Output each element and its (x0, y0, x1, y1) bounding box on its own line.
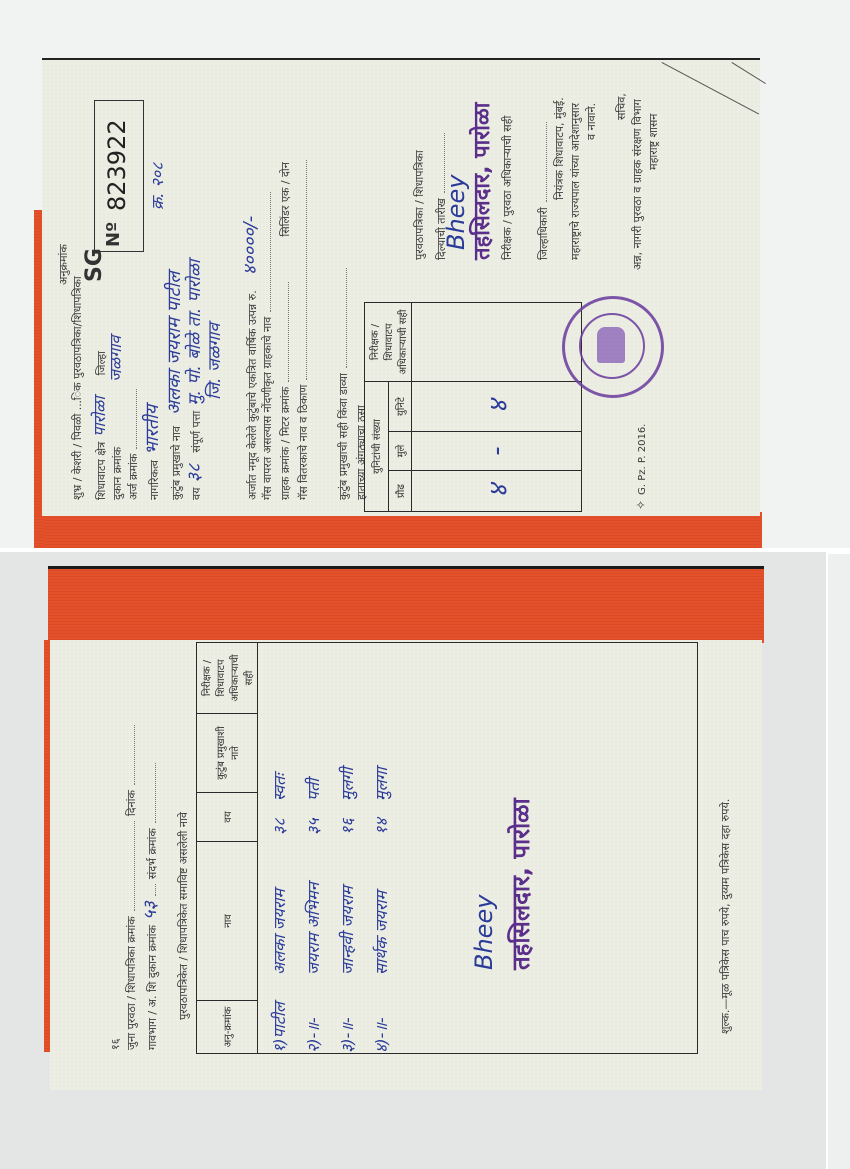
col-name-header: नाव (197, 842, 258, 1001)
gas-label: गॅस वापरत असल्यास नोंदणीकृत ग्राहकाचे ना… (261, 317, 274, 500)
row-age: ३५ (302, 801, 324, 835)
row-age: १४ (370, 801, 392, 835)
row-name: सार्थक जयराम (370, 835, 392, 975)
row-relation: पती (302, 779, 324, 801)
adults-header: प्रौढ (388, 471, 412, 512)
row-age: १६ (336, 801, 358, 835)
old-card-label: जुना पुरवठा / शिधापत्रिका क्रमांक (125, 916, 138, 1050)
collector-label: जिल्हाधिकारी (537, 207, 550, 260)
office-seal (562, 296, 664, 398)
name-text: व नावाने. (585, 103, 598, 140)
bottom-card-page: १६ जुना पुरवठा / शिधापत्रिका क्रमांक दिन… (50, 640, 762, 1090)
nationality-label: नागरिकत्व (148, 460, 161, 500)
row-relation: स्वतः (268, 774, 290, 801)
address-line2: जि. जळगाव (205, 323, 225, 400)
units-table: युनिटांची संख्या निरीक्षक / शिधावाटप अधि… (364, 302, 582, 512)
age-label: वय (190, 488, 203, 501)
adults-value: ४ (412, 471, 582, 512)
ward-value: ५३ (140, 901, 161, 920)
row-age: ३८ (268, 801, 290, 835)
gas-dealer-label: गॅस वितरकाचे नाव व ठिकाण (297, 385, 310, 500)
officer-sign-header: निरीक्षक / शिधावाटप अधिकाऱ्याची सही (365, 303, 412, 382)
table-row: ३)-॥- जान्हवी जयराम १६ मुलगी (330, 643, 364, 1053)
date-label: दिनांक (125, 790, 138, 816)
row-name: जान्हवी जयराम (336, 835, 358, 975)
bottom-officer-stamp: तहसिलदार, पारोळा (507, 798, 535, 970)
card-title: शुभ्र / केशरी / पिवळी ...िक पुरवठापत्रिक… (72, 80, 84, 500)
top-cover-edge (44, 512, 762, 548)
row-name: अलका जयराम (268, 835, 290, 975)
consumer-label: ग्राहक क्रमांक / मिटर क्रमांक (279, 387, 292, 500)
top-card-page: शुभ्र / केशरी / पिवळी ...िक पुरवठापत्रिक… (42, 58, 760, 516)
row-relation: मुलगी (336, 767, 358, 801)
row-relation: मुलगा (370, 767, 392, 801)
signature-label: कुटुंब प्रमुखाची सही किंवा डाव्या (337, 373, 350, 500)
ward-label: गावभाग / अ. शि दुकान क्रमांक (146, 925, 159, 1050)
district-value: जळगाव (106, 336, 125, 382)
govt-text: महाराष्ट्र शासन (647, 114, 660, 170)
shop-value: क्र. २०८ (148, 163, 167, 210)
bottom-officer-signature: Bheey (470, 895, 498, 970)
issue-label: पुरवठापत्रिका / शिधापत्रिका (414, 150, 426, 260)
card-number: 823922 (103, 119, 131, 211)
fee-text: शुल्क.—मूळ पत्रिकेस पाच रुपये, दुय्यम पत… (719, 799, 732, 1034)
children-value: - (412, 432, 582, 471)
reference-label: संदर्भ क्रमांक (146, 828, 159, 879)
bottom-cover-top (48, 566, 764, 643)
address-label: संपूर्ण पत्ता (190, 411, 203, 453)
age-value: ३८ (184, 464, 205, 483)
officer-label: निरीक्षक / पुरवठा अधिकाऱ्याची सही (501, 116, 514, 260)
members-title: पुरवठापत्रिकेत / शिधापत्रिकेत समाविष्ट अ… (177, 812, 190, 1020)
row-name: जयराम अभिमन (302, 835, 324, 975)
units-header: युनिटांची संख्या (365, 382, 389, 512)
row-serial: १)पाटील (268, 975, 290, 1053)
printer-mark-icon: ✧ (634, 500, 648, 510)
cylinder-label: सिलिंडर एक / दोन (279, 162, 292, 237)
col-serial-header: अनु-क्रमांक (197, 1001, 258, 1054)
table-row: १)पाटील अलका जयराम ३८ स्वतः (262, 643, 296, 1053)
units-value: ४ (412, 382, 582, 432)
officer-stamp: तहसिलदार, पारोळा (470, 103, 495, 260)
row-serial: ३)-॥- (336, 975, 358, 1053)
row-serial: २)-॥- (302, 975, 324, 1053)
ashoka-emblem-icon (597, 327, 625, 363)
members-table: अनु-क्रमांक नाव वय कुटुंब प्रमुखाशी नाते… (196, 642, 698, 1054)
units-table-wrapper: युनिटांची संख्या निरीक्षक / शिधावाटप अधि… (364, 302, 582, 512)
col-relation-header: कुटुंब प्रमुखाशी नाते (197, 714, 258, 793)
printer-code: G. Pz. P. 2016. (637, 424, 648, 495)
units-subheader: युनिटे (388, 382, 412, 432)
table-row: २)-॥- जयराम अभिमन ३५ पती (296, 643, 330, 1053)
row-serial: ४)-॥- (370, 975, 392, 1053)
col-officer-header: निरीक्षक / शिधावाटप अधिकाऱ्याची सही (197, 643, 258, 714)
application-label: अर्ज क्रमांक (127, 454, 140, 500)
nationality-value: भारतीय (142, 405, 163, 455)
children-header: मुले (388, 432, 412, 471)
serial-label: अनुक्रमांक (58, 244, 70, 285)
members-table-wrapper: अनु-क्रमांक नाव वय कुटुंब प्रमुखाशी नाते… (196, 642, 698, 1054)
table-row: ४)-॥- सार्थक जयराम १४ मुलगा (364, 643, 398, 1053)
col-age-header: वय (197, 793, 258, 842)
